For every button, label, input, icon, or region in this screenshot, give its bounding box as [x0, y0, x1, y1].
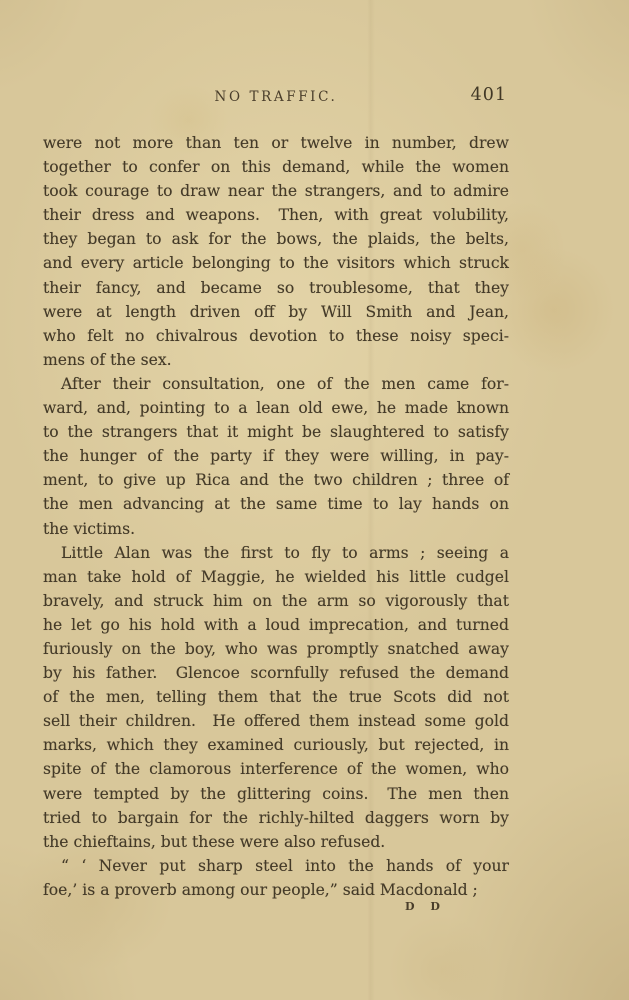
text-line: furiously on the boy, who was promptly s… — [43, 637, 509, 661]
text-column: NO TRAFFIC. 401 were not more than ten o… — [43, 87, 509, 902]
text-line: After their consultation, one of the men… — [43, 372, 509, 396]
text-line: their dress and weapons. Then, with grea… — [43, 203, 509, 227]
text-line: were tempted by the glittering coins. Th… — [43, 782, 509, 806]
page-number: 401 — [471, 85, 507, 105]
text-line: they began to ask for the bows, the plai… — [43, 227, 509, 251]
text-line: and every article belonging to the visit… — [43, 251, 509, 275]
book-page-scan: NO TRAFFIC. 401 were not more than ten o… — [0, 0, 629, 1000]
text-line: their fancy, and became so troublesome, … — [43, 276, 509, 300]
text-line: of the men, telling them that the true S… — [43, 685, 509, 709]
running-title: NO TRAFFIC. — [43, 89, 509, 105]
text-line: sell their children. He offered them ins… — [43, 709, 509, 733]
text-line: ward, and, pointing to a lean old ewe, h… — [43, 396, 509, 420]
text-line: the men advancing at the same time to la… — [43, 492, 509, 516]
text-line: by his father. Glencoe scornfully refuse… — [43, 661, 509, 685]
text-line: the chieftains, but these were also refu… — [43, 830, 509, 854]
signature-mark: D D — [405, 900, 446, 913]
text-line: mens of the sex. — [43, 348, 509, 372]
text-line: were not more than ten or twelve in numb… — [43, 131, 509, 155]
text-line: the hunger of the party if they were wil… — [43, 444, 509, 468]
text-line: man take hold of Maggie, he wielded his … — [43, 565, 509, 589]
running-head: NO TRAFFIC. 401 — [43, 87, 509, 109]
body-text: were not more than ten or twelve in numb… — [43, 131, 509, 902]
text-line: the victims. — [43, 517, 509, 541]
text-line: took courage to draw near the strangers,… — [43, 179, 509, 203]
text-line: he let go his hold with a loud imprecati… — [43, 613, 509, 637]
text-line: to the strangers that it might be slaugh… — [43, 420, 509, 444]
text-line: marks, which they examined curiously, bu… — [43, 733, 509, 757]
text-line: foe,’ is a proverb among our people,” sa… — [43, 878, 509, 902]
text-line: “ ‘ Never put sharp steel into the hands… — [43, 854, 509, 878]
text-line: were at length driven off by Will Smith … — [43, 300, 509, 324]
text-line: ment, to give up Rica and the two childr… — [43, 468, 509, 492]
text-line: Little Alan was the first to fly to arms… — [43, 541, 509, 565]
text-line: together to confer on this demand, while… — [43, 155, 509, 179]
text-line: tried to bargain for the richly-hilted d… — [43, 806, 509, 830]
text-line: bravely, and struck him on the arm so vi… — [43, 589, 509, 613]
text-line: who felt no chivalrous devotion to these… — [43, 324, 509, 348]
text-line: spite of the clamorous interference of t… — [43, 757, 509, 781]
